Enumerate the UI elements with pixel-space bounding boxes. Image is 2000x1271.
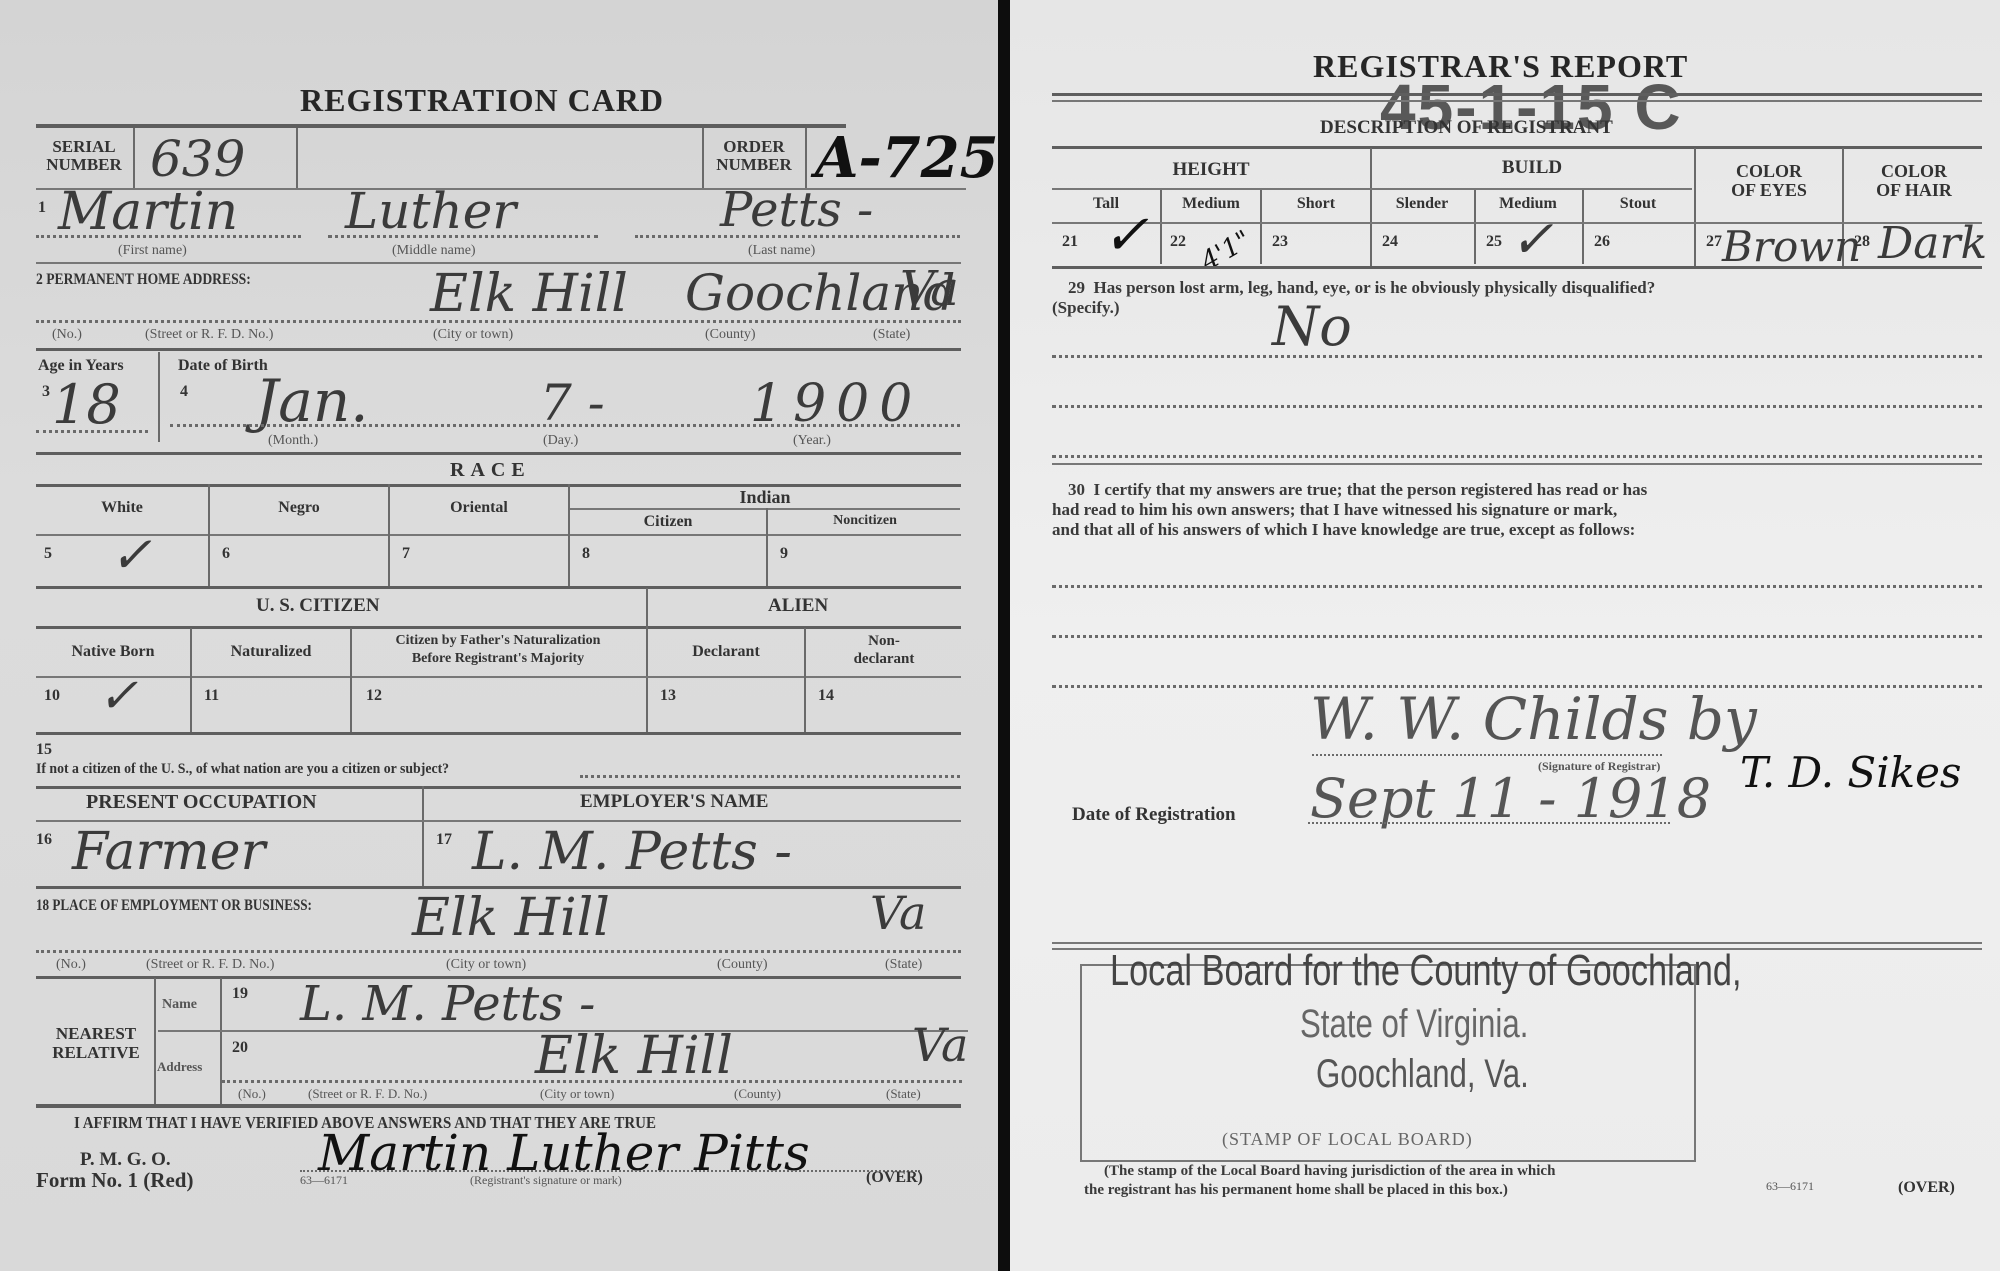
field-number: 19 <box>232 986 248 1002</box>
print-code: 63—6171 <box>300 1174 348 1186</box>
divider <box>805 128 807 190</box>
build-col-stout: Stout <box>1584 196 1692 212</box>
dotted-line <box>36 235 301 238</box>
divider <box>702 128 704 190</box>
relative-name-label: Name <box>162 998 197 1012</box>
field-number: 5 <box>44 546 52 562</box>
citizen-col-line: Citizen by Father's Naturalization <box>352 632 644 650</box>
dob-month-value: Jan. <box>255 372 369 430</box>
rule <box>1052 942 1982 944</box>
relative-caption: (No.) <box>238 1087 266 1100</box>
race-heading: RACE <box>450 460 531 480</box>
signature-caption: (Registrant's signature or mark) <box>470 1174 622 1186</box>
rule <box>1052 463 1982 465</box>
alien-col-declarant: Declarant <box>648 644 804 660</box>
field-number: 23 <box>1272 234 1288 250</box>
home-city-value: Elk Hill <box>430 268 628 320</box>
local-board-line-3: Goochland, Va. <box>1316 1052 1529 1097</box>
divider <box>208 484 210 588</box>
eye-color-heading: COLOR OF EYES <box>1696 162 1842 200</box>
nearest-relative-label: NEAREST RELATIVE <box>40 1024 152 1062</box>
relative-caption: (City or town) <box>540 1087 614 1100</box>
over-label: (OVER) <box>1898 1180 1955 1196</box>
q30-line: had read to him his own answers; that I … <box>1052 500 1982 520</box>
home-address-label: 2 PERMANENT HOME ADDRESS: <box>36 272 251 288</box>
relative-state-value: Va <box>912 1022 968 1068</box>
field-number: 25 <box>1486 234 1502 250</box>
divider <box>388 484 390 588</box>
divider <box>350 628 352 734</box>
field-number: 13 <box>660 688 676 704</box>
employment-caption: (State) <box>885 958 922 972</box>
divider <box>133 128 135 190</box>
race-col-white: White <box>36 500 208 516</box>
relative-caption: (State) <box>886 1087 921 1100</box>
addr-caption: (County) <box>705 328 756 342</box>
serial-number-label: SERIAL NUMBER <box>38 138 130 174</box>
registration-card: REGISTRATION CARD SERIAL NUMBER 639 ORDE… <box>0 0 998 1271</box>
middle-name-caption: (Middle name) <box>392 244 476 258</box>
order-number-label: ORDER NUMBER <box>705 138 803 174</box>
dotted-line <box>635 235 960 238</box>
relative-caption: (County) <box>734 1087 781 1100</box>
rule <box>36 452 961 455</box>
divider <box>568 484 570 588</box>
dotted-line <box>300 1170 920 1172</box>
print-code: 63—6171 <box>1766 1180 1814 1192</box>
dotted-line <box>222 1080 962 1083</box>
last-name-value: Petts - <box>720 186 873 234</box>
employment-caption: (County) <box>717 958 768 972</box>
addr-caption: (Street or R. F. D. No.) <box>145 328 273 342</box>
dob-caption: (Day.) <box>543 434 578 448</box>
hair-heading-line: OF HAIR <box>1844 181 1984 200</box>
rule <box>1052 93 1982 96</box>
rule <box>36 586 961 589</box>
field-number: 15 <box>36 742 52 758</box>
hair-heading-line: COLOR <box>1844 162 1984 181</box>
order-label-line-2: NUMBER <box>705 156 803 174</box>
employer-heading: EMPLOYER'S NAME <box>580 792 768 811</box>
rule <box>1052 266 1982 269</box>
rule <box>1052 188 1692 190</box>
middle-name-value: Luther <box>345 186 516 236</box>
field-number: 9 <box>780 546 788 562</box>
dob-caption: (Month.) <box>268 434 318 448</box>
stamp-note-line: the registrant has his permanent home sh… <box>1084 1181 1555 1200</box>
height-tall-check: ✓ <box>1102 208 1149 264</box>
rule <box>570 508 960 510</box>
serial-label-line-2: NUMBER <box>38 156 130 174</box>
build-heading: BUILD <box>1372 158 1692 177</box>
dotted-line <box>36 950 961 953</box>
build-medium-check: ✓ <box>1510 214 1554 266</box>
dotted-line <box>1052 355 1982 358</box>
stamp-caption: (STAMP OF LOCAL BOARD) <box>1222 1130 1473 1148</box>
rule <box>36 534 961 536</box>
alien-heading: ALIEN <box>768 596 828 615</box>
local-board-line-2: State of Virginia. <box>1300 1002 1528 1047</box>
eye-heading-line: OF EYES <box>1696 181 1842 200</box>
field-number: 11 <box>204 688 219 704</box>
build-col-slender: Slender <box>1372 196 1472 212</box>
race-col-indian-noncitizen: Noncitizen <box>768 514 962 528</box>
field-number: 3 <box>42 384 50 400</box>
employment-city-value: Elk Hill <box>412 892 610 944</box>
relative-city-value: Elk Hill <box>535 1030 733 1082</box>
nearest-relative-line: RELATIVE <box>40 1043 152 1062</box>
divider <box>220 978 222 1104</box>
field-number: 27 <box>1706 234 1722 250</box>
dotted-line <box>1052 405 1982 408</box>
rule <box>1052 100 1982 102</box>
q29-question: Has person lost arm, leg, hand, eye, or … <box>1094 278 1656 297</box>
serial-number-value: 639 <box>150 134 245 184</box>
race-col-indian-citizen: Citizen <box>570 514 766 530</box>
race-col-indian: Indian <box>570 488 960 506</box>
field-number: 29 <box>1068 278 1085 297</box>
dotted-line <box>1312 754 1662 756</box>
over-label: (OVER) <box>866 1170 923 1186</box>
dotted-line <box>1308 822 1670 824</box>
race-col-oriental: Oriental <box>390 500 568 516</box>
dotted-line <box>1052 635 1982 638</box>
q30-line: I certify that my answers are true; that… <box>1094 480 1648 499</box>
rule <box>36 348 961 351</box>
serial-label-line-1: SERIAL <box>38 138 130 156</box>
alien-col-line: declarant <box>806 650 962 668</box>
height-heading: HEIGHT <box>1052 160 1370 179</box>
q30-line: and that all of his answers of which I h… <box>1052 520 1982 540</box>
race-col-negro: Negro <box>210 500 388 516</box>
rule <box>36 124 846 128</box>
citizen-col-native-born: Native Born <box>36 644 190 660</box>
dotted-line <box>36 430 148 433</box>
field-number: 26 <box>1594 234 1610 250</box>
nearest-relative-line: NEAREST <box>40 1024 152 1043</box>
height-col-short: Short <box>1262 196 1370 212</box>
field-number: 24 <box>1382 234 1398 250</box>
q29-answer: No <box>1272 300 1352 354</box>
card-title: REGISTRATION CARD <box>300 82 664 119</box>
q29-specify: (Specify.) <box>1052 298 1120 318</box>
field-15-label: If not a citizen of the U. S., of what n… <box>36 762 449 777</box>
dotted-line <box>1052 585 1982 588</box>
rule <box>36 786 961 789</box>
citizen-col-fathers-naturalization: Citizen by Father's Naturalization Befor… <box>352 632 644 668</box>
field-number: 12 <box>366 688 382 704</box>
dotted-line <box>328 235 598 238</box>
local-board-line-1: Local Board for the County of Goochland, <box>1110 946 1742 996</box>
dotted-line <box>1052 455 1982 458</box>
field-number: 17 <box>436 832 452 848</box>
rule <box>36 732 961 735</box>
rule <box>36 484 961 487</box>
race-white-check: ✓ <box>110 530 152 580</box>
form-number: Form No. 1 (Red) <box>36 1170 193 1191</box>
order-label-line-1: ORDER <box>705 138 803 156</box>
field-number: 7 <box>402 546 410 562</box>
field-number: 1 <box>38 200 46 216</box>
field-number: 4 <box>180 384 188 400</box>
addr-caption: (No.) <box>52 328 82 342</box>
field-number: 22 <box>1170 234 1186 250</box>
report-subtitle: DESCRIPTION OF REGISTRANT <box>1320 118 1613 137</box>
rule <box>36 676 961 678</box>
employment-caption: (Street or R. F. D. No.) <box>146 958 274 972</box>
field-number: 28 <box>1854 234 1870 250</box>
relative-address-label: Address <box>157 1060 202 1073</box>
field-number: 30 <box>1068 480 1085 499</box>
first-name-caption: (First name) <box>118 244 187 258</box>
date-of-registration-label: Date of Registration <box>1072 805 1236 824</box>
divider <box>766 508 768 588</box>
dob-day-value: 7 - <box>540 378 605 428</box>
employment-caption: (No.) <box>56 958 86 972</box>
native-born-check: ✓ <box>98 672 138 720</box>
employment-place-label: 18 PLACE OF EMPLOYMENT OR BUSINESS: <box>36 898 312 914</box>
first-name-value: Martin <box>58 186 238 238</box>
dotted-line <box>170 424 960 427</box>
eye-heading-line: COLOR <box>1696 162 1842 181</box>
q30-text: 30 I certify that my answers are true; t… <box>1052 480 1982 540</box>
last-name-caption: (Last name) <box>748 244 815 258</box>
addr-caption: (City or town) <box>433 328 513 342</box>
field-number: 20 <box>232 1040 248 1056</box>
field-number: 6 <box>222 546 230 562</box>
stamp-note-line: (The stamp of the Local Board having jur… <box>1084 1162 1555 1181</box>
divider <box>422 786 424 886</box>
hair-color-heading: COLOR OF HAIR <box>1844 162 1984 200</box>
divider <box>158 352 160 442</box>
eye-color-value: Brown <box>1722 226 1861 268</box>
age-value: 18 <box>52 378 121 432</box>
occupation-heading: PRESENT OCCUPATION <box>86 792 317 812</box>
dotted-line <box>580 775 960 778</box>
registrar-signature: W. W. Childs by <box>1310 690 1757 748</box>
employment-state-value: Va <box>870 890 926 936</box>
field-number: 14 <box>818 688 834 704</box>
us-citizen-heading: U. S. CITIZEN <box>256 596 380 615</box>
employment-caption: (City or town) <box>446 958 526 972</box>
divider <box>190 628 192 734</box>
relative-caption: (Street or R. F. D. No.) <box>308 1087 427 1100</box>
alien-col-line: Non- <box>806 632 962 650</box>
relative-name-value: L. M. Petts - <box>300 980 595 1028</box>
hair-color-value: Dark <box>1878 222 1987 266</box>
citizen-col-line: Before Registrant's Majority <box>352 650 644 668</box>
registrar-signature-2: T. D. Sikes <box>1740 752 1961 794</box>
dob-caption: (Year.) <box>793 434 831 448</box>
q29-text: 29 Has person lost arm, leg, hand, eye, … <box>1068 278 1655 298</box>
rule <box>36 626 961 629</box>
field-number: 8 <box>582 546 590 562</box>
field-number: 16 <box>36 832 52 848</box>
divider <box>646 588 648 734</box>
form-code: P. M. G. O. <box>80 1150 171 1169</box>
dob-year-value: 1900 <box>750 378 922 430</box>
height-col-medium: Medium <box>1162 196 1260 212</box>
occupation-value: Farmer <box>72 826 265 878</box>
age-label: Age in Years <box>38 358 124 374</box>
field-number: 21 <box>1062 234 1078 250</box>
employer-value: L. M. Petts - <box>472 826 792 878</box>
field-number: 10 <box>44 688 60 704</box>
stamp-note: (The stamp of the Local Board having jur… <box>1084 1162 1555 1200</box>
order-number-value: A-725 <box>815 130 999 186</box>
dotted-line <box>36 320 961 323</box>
alien-col-non-declarant: Non- declarant <box>806 632 962 668</box>
citizen-col-naturalized: Naturalized <box>192 644 350 660</box>
home-state-value: Va <box>900 265 959 313</box>
date-of-registration-value: Sept 11 - 1918 <box>1310 772 1711 826</box>
divider <box>296 128 298 190</box>
divider <box>154 978 156 1104</box>
card-divider <box>998 0 1010 1271</box>
rule <box>36 1104 961 1108</box>
divider <box>804 628 806 734</box>
addr-caption: (State) <box>873 328 910 342</box>
registrars-report-card: REGISTRAR'S REPORT 45-1-15 C DESCRIPTION… <box>1010 0 2000 1271</box>
